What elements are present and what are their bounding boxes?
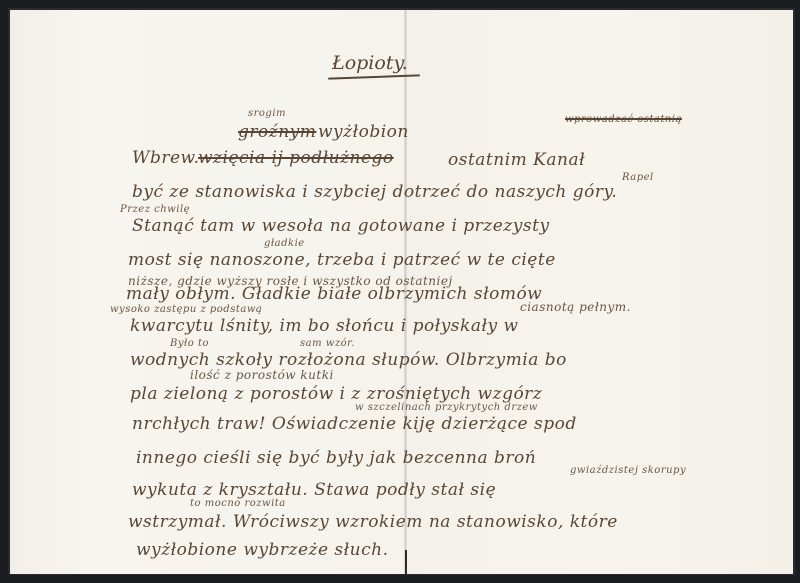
insert-line-15: to mocno rozwita bbox=[190, 498, 286, 509]
manuscript-page: Łopioty. srogim groźnym wyżłobion wprowa… bbox=[10, 10, 793, 574]
insert-line-5: gładkie bbox=[264, 238, 305, 249]
insert-line-1-right: wprowadzać ostatnią bbox=[565, 114, 682, 125]
line-5-text: most się nanoszone, trzeba i patrzeć w t… bbox=[128, 250, 556, 270]
line-4-text: Stanąć tam w wesoła na gotowane i przezy… bbox=[132, 216, 550, 236]
line-12-text: nrchłych traw! Oświadczenie kiję dzierżą… bbox=[132, 414, 577, 434]
line-1-text: wyżłobion bbox=[318, 122, 409, 142]
insert-line-8: wysoko zastępu z podstawą bbox=[110, 304, 262, 315]
line-2-start: Wbrew. bbox=[132, 148, 199, 168]
line-3-text: być ze stanowiska i szybciej dotrzeć do … bbox=[132, 182, 617, 202]
line-11-text: pla zieloną z porostów i z zrośniętych w… bbox=[130, 384, 542, 404]
insert-line-10: Było to bbox=[170, 338, 209, 349]
struck-word-1: groźnym bbox=[238, 122, 316, 142]
line-7-text: mały obłym. Gładkie białe olbrzymich sło… bbox=[126, 284, 542, 304]
insert-line-4: Przez chwilę bbox=[120, 204, 190, 215]
line-16-text: wyżłobione wybrzeże słuch. bbox=[136, 540, 389, 560]
insert-line-2: Rapel bbox=[622, 172, 654, 183]
insert-line-11: ilość z porostów kutki bbox=[190, 368, 334, 382]
line-9-text: kwarcytu lśnity, im bo słońcu i połyskał… bbox=[130, 316, 519, 336]
insert-line-14: gwiaździstej skorupy bbox=[570, 465, 686, 476]
line-14-text: wykuta z kryształu. Stawa podły stał się bbox=[132, 480, 496, 500]
insert-line-9: ciasnotą pełnym. bbox=[520, 300, 631, 314]
line-10-text: wodnych szkoły rozłożona słupów. Olbrzym… bbox=[130, 350, 567, 370]
fold-shadow bbox=[405, 550, 407, 574]
line-15-text: wstrzymał. Wróciwszy wzrokiem na stanowi… bbox=[128, 512, 618, 532]
line-2-struck: wzięcia ij podłużnego bbox=[198, 148, 394, 168]
insert-line-10b: sam wzór. bbox=[300, 338, 355, 349]
document-title: Łopioty. bbox=[332, 52, 408, 74]
insert-line-1: srogim bbox=[248, 108, 286, 119]
insert-line-12: w szczelinach przykrytych drzew bbox=[355, 402, 538, 413]
line-13-text: innego cieśli się być były jak bezcenna … bbox=[136, 448, 536, 468]
line-2-end: ostatnim Kanał bbox=[448, 150, 585, 170]
